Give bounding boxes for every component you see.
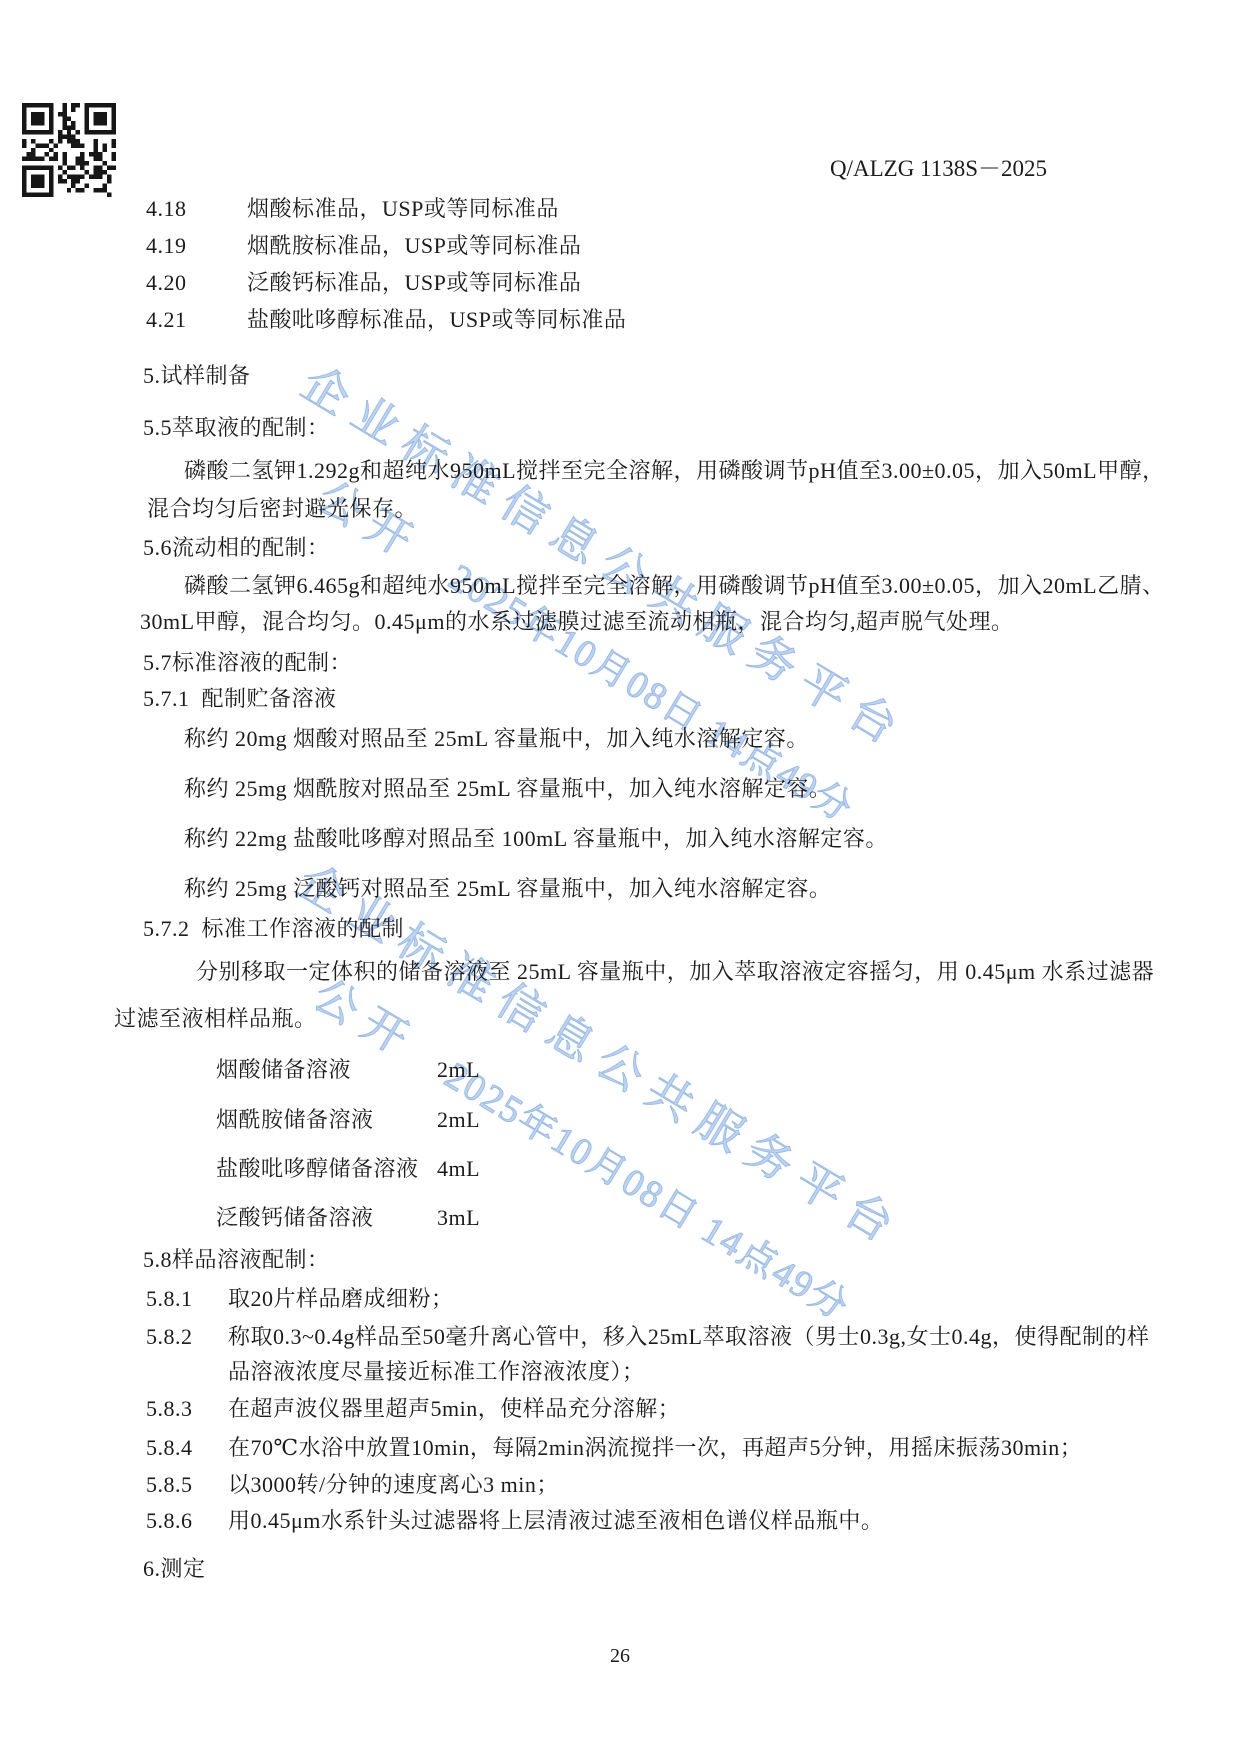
list-item: 4.21盐酸吡哆醇标准品，USP或等同标准品 xyxy=(146,307,626,333)
step-text: 在70℃水浴中放置10min，每隔2min涡流搅拌一次，再超声5分钟，用摇床振荡… xyxy=(228,1435,1082,1460)
list-item-text: 烟酰胺标准品，USP或等同标准品 xyxy=(247,233,581,258)
s55-paragraph-line: 磷酸二氢钾1.292g和超纯水950mL搅拌至完全溶解，用磷酸调节pH值至3.0… xyxy=(184,458,1165,484)
s58-heading: 5.8样品溶液配制： xyxy=(143,1247,330,1273)
stock-row-label: 烟酸储备溶液 xyxy=(216,1057,437,1083)
s572-paragraph-line: 过滤至液相样品瓶。 xyxy=(114,1006,317,1032)
list-item-text: 烟酸标准品，USP或等同标准品 xyxy=(247,196,559,221)
list-item: 4.20泛酸钙标准品，USP或等同标准品 xyxy=(146,270,581,296)
stock-row-label: 盐酸吡哆醇储备溶液 xyxy=(216,1156,437,1182)
step-row: 5.8.1取20片样品磨成细粉； xyxy=(146,1286,454,1312)
step-text: 用0.45μm水系针头过滤器将上层清液过滤至液相色谱仪样品瓶中。 xyxy=(228,1508,883,1533)
stock-row: 烟酸储备溶液2mL xyxy=(216,1057,480,1083)
step-num: 5.8.5 xyxy=(146,1472,228,1498)
s56-paragraph-line: 磷酸二氢钾6.465g和超纯水950mL搅拌至完全溶解，用磷酸调节pH值至3.0… xyxy=(184,573,1165,599)
doc-code: Q/ALZG 1138S－2025 xyxy=(830,150,1047,183)
step-num: 5.8.4 xyxy=(146,1435,228,1461)
s57-heading: 5.7标准溶液的配制： xyxy=(143,650,352,676)
stock-row-volume: 2mL xyxy=(437,1057,480,1082)
step-text: 以3000转/分钟的速度离心3 min； xyxy=(228,1472,559,1497)
page-number: 26 xyxy=(0,1645,1240,1668)
step-row: 5.8.3在超声波仪器里超声5min，使样品充分溶解； xyxy=(146,1396,680,1422)
stock-row: 盐酸吡哆醇储备溶液4mL xyxy=(216,1156,480,1182)
stock-prep-line: 称约 22mg 盐酸吡哆醇对照品至 100mL 容量瓶中，加入纯水溶解定容。 xyxy=(184,826,888,852)
step-num: 5.8.6 xyxy=(146,1508,228,1534)
stock-row: 烟酰胺储备溶液2mL xyxy=(216,1107,480,1133)
watermark-main-text: 企业标准信息公共服务平台 xyxy=(292,356,916,761)
s56-heading: 5.6流动相的配制： xyxy=(143,535,330,561)
qr-code xyxy=(22,103,116,197)
list-item: 4.18烟酸标准品，USP或等同标准品 xyxy=(146,196,559,222)
section5-title: 5.试样制备 xyxy=(143,363,251,389)
list-item-num: 4.21 xyxy=(146,307,247,333)
step-num: 5.8.3 xyxy=(146,1396,228,1422)
s572-heading: 5.7.2 标准工作溶液的配制 xyxy=(143,916,404,942)
stock-row-label: 泛酸钙储备溶液 xyxy=(216,1205,437,1231)
stock-prep-line: 称约 20mg 烟酸对照品至 25mL 容量瓶中，加入纯水溶解定容。 xyxy=(184,726,809,752)
step-row: 5.8.5以3000转/分钟的速度离心3 min； xyxy=(146,1472,559,1498)
document-page: 企业标准信息公共服务平台 公开2025年10月08日 14点49分 企业标准信息… xyxy=(0,0,1240,1753)
stock-prep-line: 称约 25mg 烟酰胺对照品至 25mL 容量瓶中，加入纯水溶解定容。 xyxy=(184,776,831,802)
step-row: 5.8.2称取0.3~0.4g样品至50毫升离心管中，移入25mL萃取溶液（男士… xyxy=(146,1324,1149,1350)
step-text: 取20片样品磨成细粉； xyxy=(228,1286,454,1311)
step-num: 5.8.1 xyxy=(146,1286,228,1312)
stock-row-label: 烟酰胺储备溶液 xyxy=(216,1107,437,1133)
step-text: 在超声波仪器里超声5min，使样品充分溶解； xyxy=(228,1396,680,1421)
s55-paragraph-line: 混合均匀后密封避光保存。 xyxy=(147,496,417,522)
list-item-num: 4.19 xyxy=(146,233,247,259)
s56-paragraph-line: 30mL甲醇，混合均匀。0.45μm的水系过滤膜过滤至流动相瓶，混合均匀,超声脱… xyxy=(140,609,1013,635)
stock-row-volume: 2mL xyxy=(437,1107,480,1132)
step-num: 5.8.2 xyxy=(146,1324,228,1350)
s571-heading: 5.7.1 配制贮备溶液 xyxy=(143,686,337,712)
step-continuation: 品溶液浓度尽量接近标准工作溶液浓度）； xyxy=(228,1359,645,1385)
watermark-date-text: 2025年10月08日 14点49分 xyxy=(438,1054,857,1329)
stock-row: 泛酸钙储备溶液3mL xyxy=(216,1205,480,1231)
s572-paragraph-line: 分别移取一定体积的储备溶液至 25mL 容量瓶中，加入萃取溶液定容摇匀，用 0.… xyxy=(196,959,1154,985)
section6-title: 6.测定 xyxy=(143,1556,206,1582)
list-item-text: 泛酸钙标准品，USP或等同标准品 xyxy=(247,270,581,295)
list-item-num: 4.20 xyxy=(146,270,247,296)
s55-heading: 5.5萃取液的配制： xyxy=(143,415,330,441)
step-row: 5.8.6用0.45μm水系针头过滤器将上层清液过滤至液相色谱仪样品瓶中。 xyxy=(146,1508,883,1534)
stock-row-volume: 3mL xyxy=(437,1205,480,1230)
step-text: 称取0.3~0.4g样品至50毫升离心管中，移入25mL萃取溶液（男士0.3g,… xyxy=(228,1324,1149,1349)
list-item-text: 盐酸吡哆醇标准品，USP或等同标准品 xyxy=(247,307,626,332)
list-item-num: 4.18 xyxy=(146,196,247,222)
stock-prep-line: 称约 25mg 泛酸钙对照品至 25mL 容量瓶中，加入纯水溶解定容。 xyxy=(184,876,831,902)
list-item: 4.19烟酰胺标准品，USP或等同标准品 xyxy=(146,233,581,259)
step-row: 5.8.4在70℃水浴中放置10min，每隔2min涡流搅拌一次，再超声5分钟，… xyxy=(146,1435,1082,1461)
stock-row-volume: 4mL xyxy=(437,1156,480,1181)
